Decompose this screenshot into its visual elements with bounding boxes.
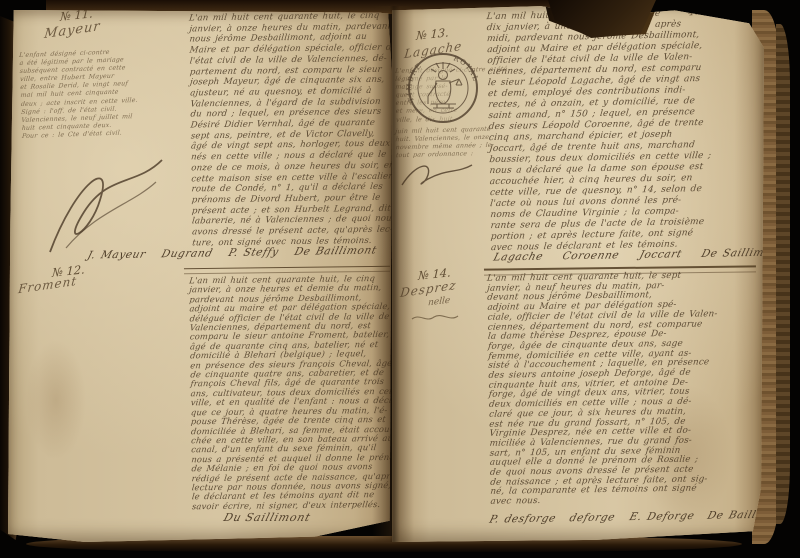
handwritten-line: P. Steffy xyxy=(227,246,280,259)
handwritten-line: P. desforge xyxy=(488,512,557,525)
margin-note-legitimation: L'enfant désigné ci-contrea été légitimé… xyxy=(18,48,138,141)
handwritten-line: deforge xyxy=(568,511,617,524)
handwritten-line: Lagache xyxy=(492,251,545,264)
entry-14-text: L'an mil huit cent quarante huit, le sep… xyxy=(486,271,720,507)
entry-11-text: L'an mil huit cent quarante huit, le cin… xyxy=(188,11,392,249)
paraphe-signature xyxy=(398,157,476,193)
entry-number-13: № 13. xyxy=(416,25,449,43)
margin-name-froment: Froment xyxy=(18,274,78,297)
stamp-marginal-note: juin mil huit cent quarantehuit. Valenci… xyxy=(395,126,492,161)
left-page: № 11. Mayeur L'enfant désigné ci-contrea… xyxy=(8,10,392,542)
margin-name-mayeur: Mayeur xyxy=(43,19,101,42)
margin-squiggle xyxy=(410,311,460,325)
handwritten-line: De Baillimont xyxy=(293,244,378,257)
handwritten-line: De Saillimont xyxy=(700,246,764,259)
entry-12-text: L'an mil huit cent quarante huit, le cin… xyxy=(189,274,392,512)
handwritten-line: Dugrand xyxy=(160,247,214,260)
handwritten-line: savoir écrire, ni signer, d'eux interpel… xyxy=(191,499,392,511)
register-photo: № 11. Mayeur L'enfant désigné ci-contrea… xyxy=(0,0,800,558)
timbre-royal-stamp: TIMBRE ROYAL xyxy=(406,51,480,125)
entry-13-text: L'an mil huit cent quarante huit, ledix … xyxy=(486,8,713,254)
right-page: 47 № 13. Lagache L'enfant désigné ci-con… xyxy=(392,5,764,542)
handwritten-line: Joccart xyxy=(638,248,683,261)
handwritten-line: J. Mayeur xyxy=(86,248,147,261)
page-stack-edge-outer xyxy=(776,24,790,524)
paper-stain xyxy=(26,340,86,460)
margin-subnote: nelle xyxy=(428,296,451,309)
entry-12-signature: Du Saillimont xyxy=(222,511,312,524)
flourish-signature xyxy=(36,152,176,262)
handwritten-line: Coroenne xyxy=(561,249,621,262)
handwritten-line: E. Deforge xyxy=(628,510,696,523)
entry-14-signatures: P. desforgedeforgeE. DeforgeDe Baillimon… xyxy=(488,508,764,525)
handwritten-line: avec nous. xyxy=(490,494,721,507)
